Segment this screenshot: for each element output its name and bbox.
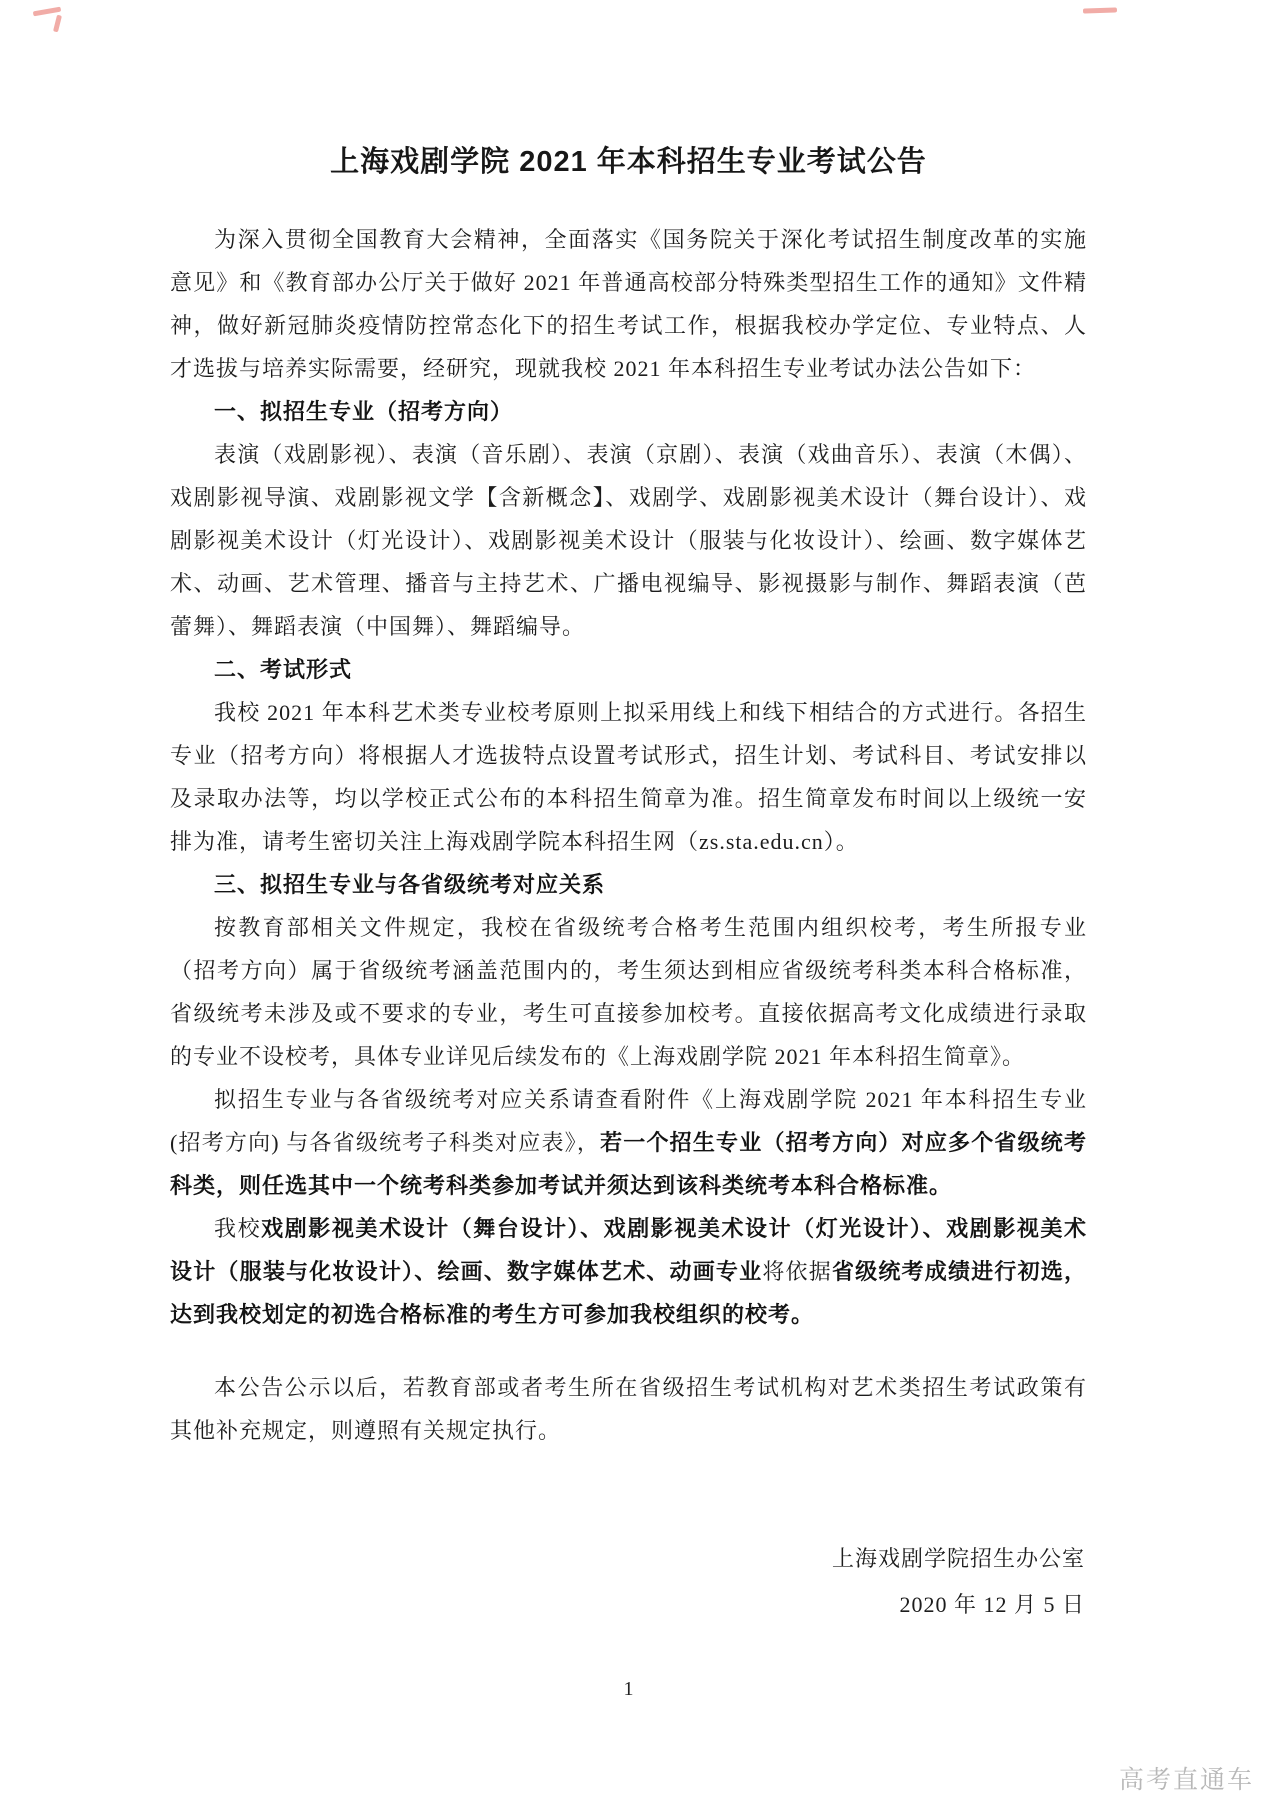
section-1-heading: 一、拟招生专业（招考方向） xyxy=(170,390,1087,433)
closing-paragraph: 本公告公示以后，若教育部或者考生所在省级招生考试机构对艺术类招生考试政策有其他补… xyxy=(170,1366,1087,1452)
signature-block: 上海戏剧学院招生办公室 2020 年 12 月 5 日 xyxy=(170,1536,1087,1628)
section-3-preselection-paragraph: 我校戏剧影视美术设计（舞台设计）、戏剧影视美术设计（灯光设计）、戏剧影视美术设计… xyxy=(170,1207,1087,1336)
section-1-majors-paragraph: 表演（戏剧影视）、表演（音乐剧）、表演（京剧）、表演（戏曲音乐）、表演（木偶）、… xyxy=(170,433,1087,648)
section-3-attachment-paragraph: 拟招生专业与各省级统考对应关系请查看附件《上海戏剧学院 2021 年本科招生专业… xyxy=(170,1078,1087,1207)
signature-office: 上海戏剧学院招生办公室 xyxy=(170,1536,1085,1582)
red-scan-mark-top-right xyxy=(1083,7,1117,13)
watermark-text: 高考直通车 xyxy=(1119,1760,1254,1796)
document-page: 上海戏剧学院 2021 年本科招生专业考试公告 为深入贯彻全国教育大会精神，全面… xyxy=(0,0,1280,1810)
signature-date: 2020 年 12 月 5 日 xyxy=(170,1582,1085,1628)
page-number: 1 xyxy=(170,1675,1087,1703)
red-scan-mark-top-left-2 xyxy=(53,15,62,33)
section-2-heading: 二、考试形式 xyxy=(170,648,1087,691)
section-2-exam-format-paragraph: 我校 2021 年本科艺术类专业校考原则上拟采用线上和线下相结合的方式进行。各招… xyxy=(170,691,1087,863)
section-3-heading: 三、拟招生专业与各省级统考对应关系 xyxy=(170,863,1087,906)
preselect-seg1: 我校 xyxy=(214,1216,261,1241)
document-title: 上海戏剧学院 2021 年本科招生专业考试公告 xyxy=(170,140,1087,184)
section-3-policy-paragraph: 按教育部相关文件规定，我校在省级统考合格考生范围内组织校考，考生所报专业（招考方… xyxy=(170,906,1087,1078)
intro-paragraph: 为深入贯彻全国教育大会精神，全面落实《国务院关于深化考试招生制度改革的实施意见》… xyxy=(170,218,1087,390)
preselect-seg3: 将依据 xyxy=(762,1259,832,1284)
document-content: 上海戏剧学院 2021 年本科招生专业考试公告 为深入贯彻全国教育大会精神，全面… xyxy=(170,0,1087,1628)
